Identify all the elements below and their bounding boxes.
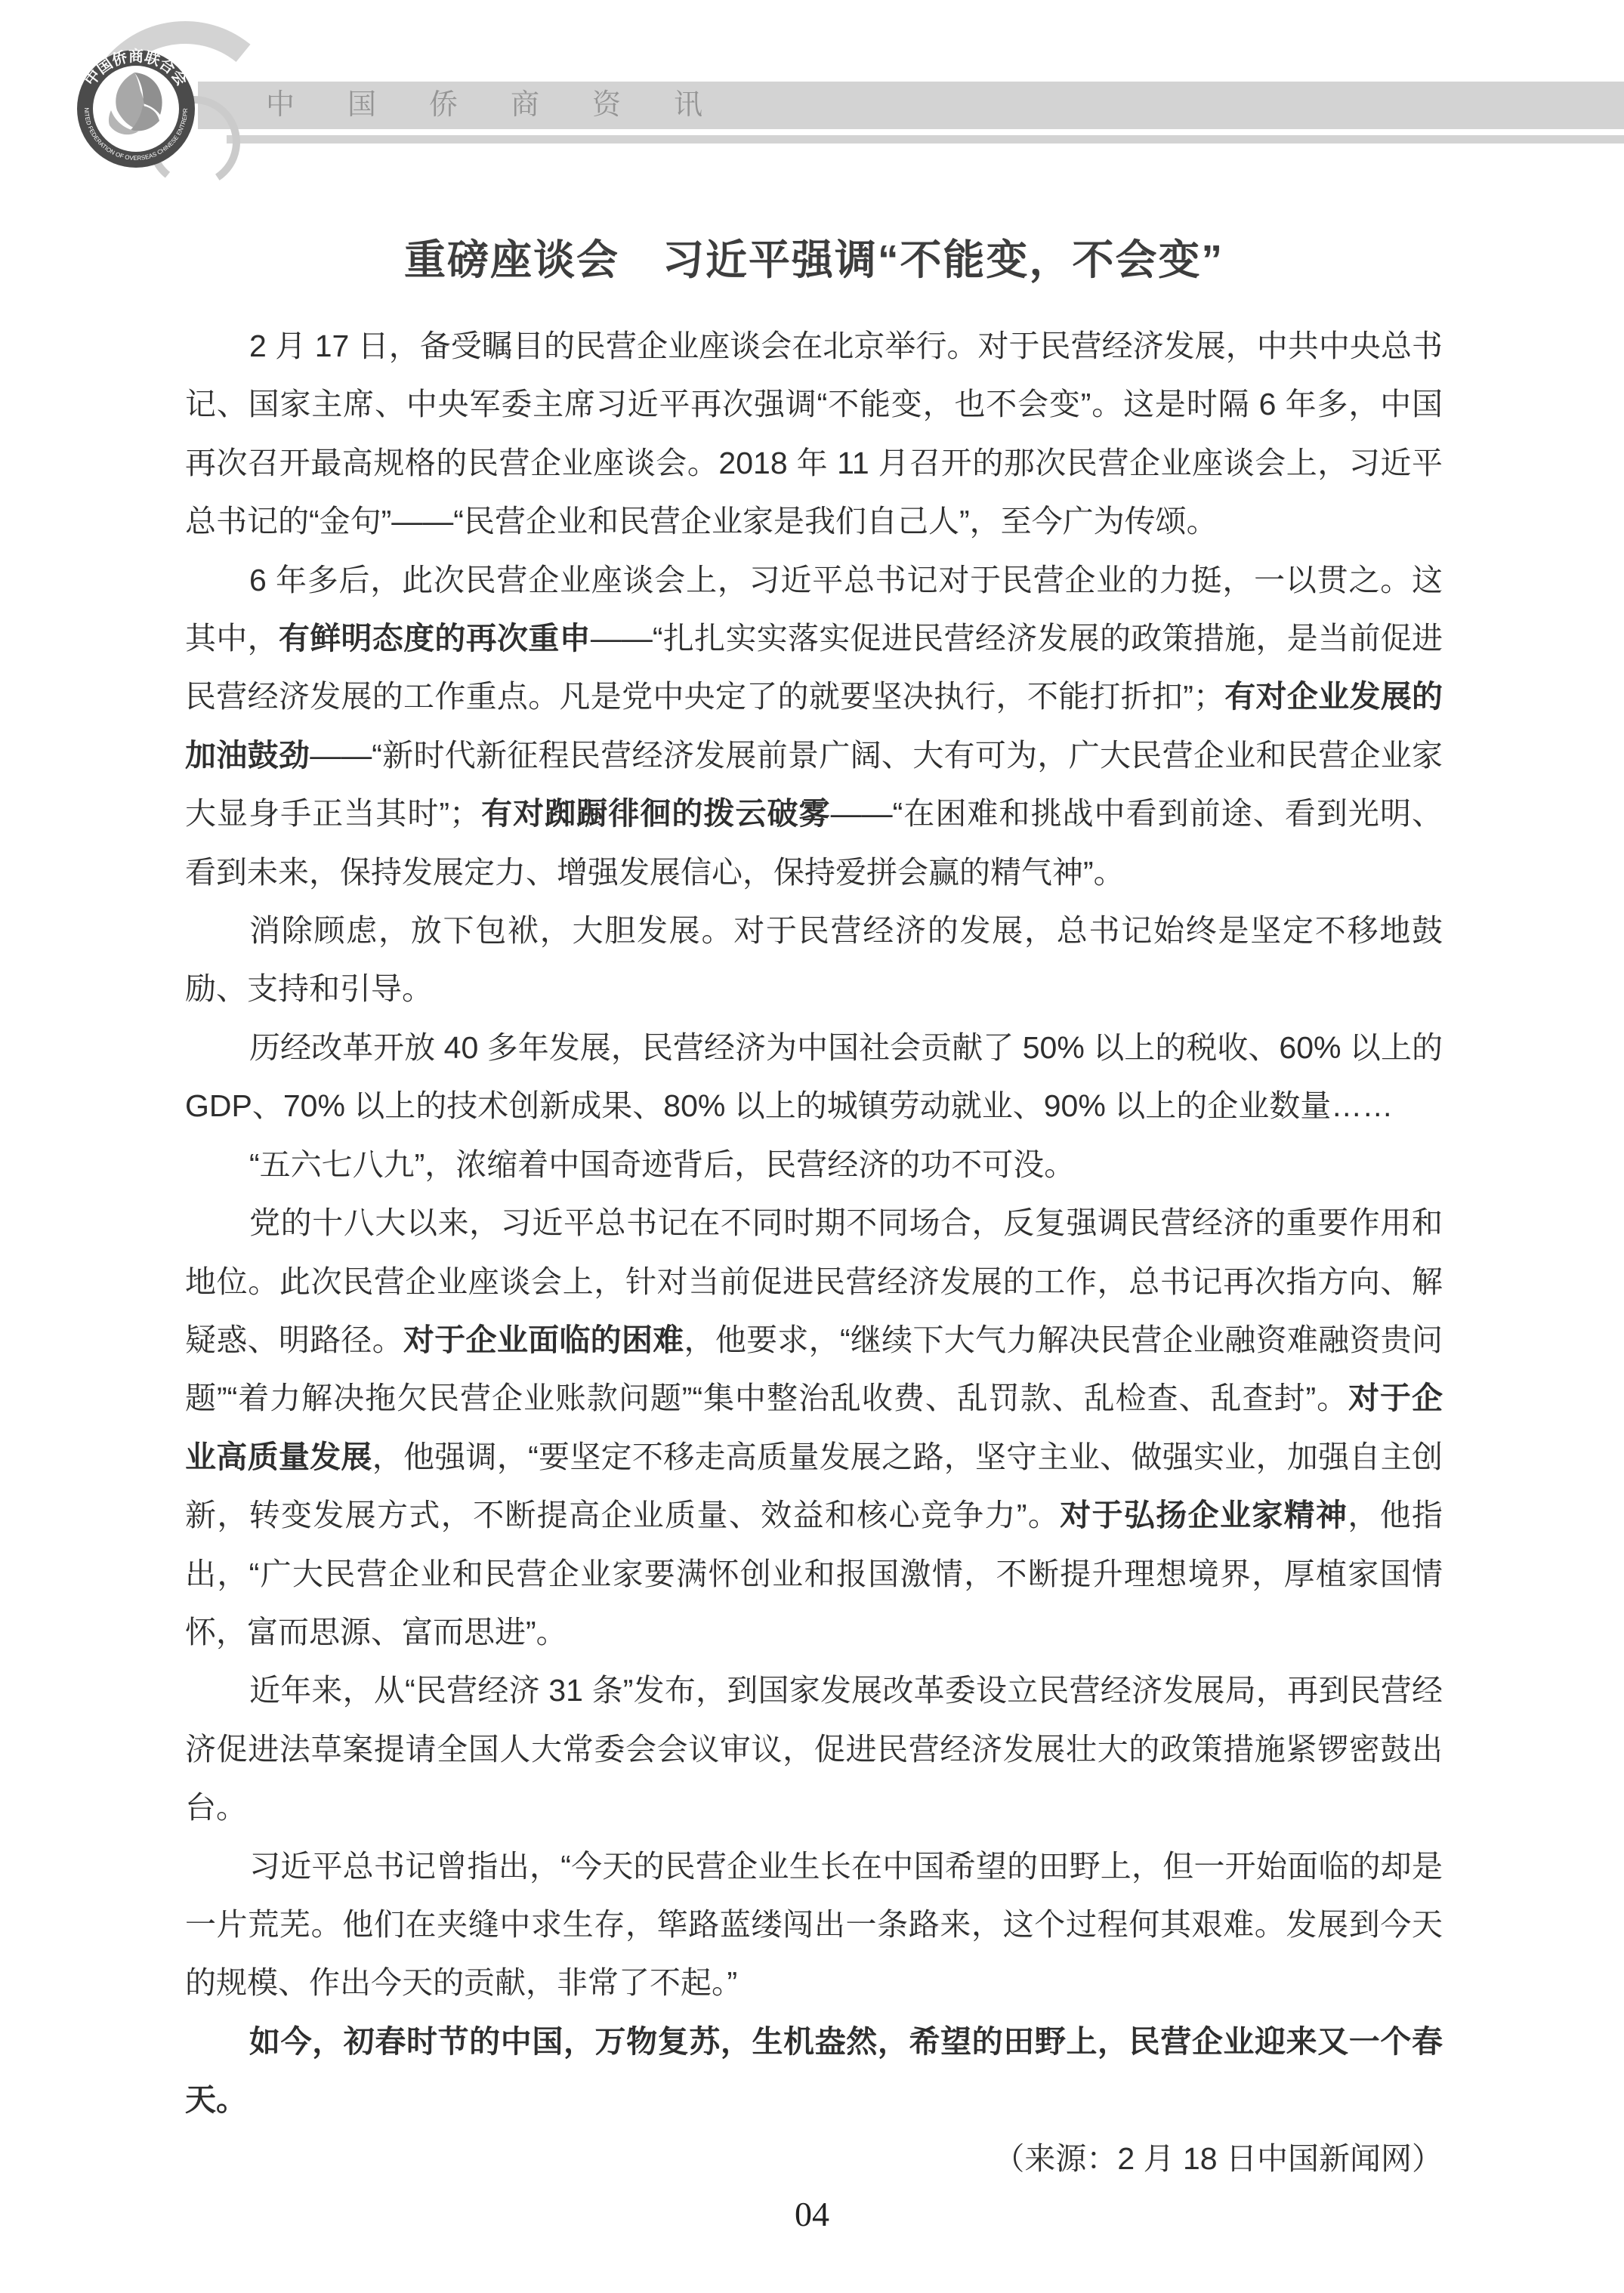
article-paragraph: 近年来，从“民营经济 31 条”发布，到国家发展改革委设立民营经济发展局，再到民… [185, 1662, 1443, 1837]
article-paragraph: 历经改革开放 40 多年发展，民营经济为中国社会贡献了 50% 以上的税收、60… [185, 1019, 1443, 1136]
article-paragraph: 6 年多后，此次民营企业座谈会上，习近平总书记对于民营企业的力挺，一以贯之。这其… [185, 551, 1443, 902]
paragraph-text-run: 近年来，从“民营经济 31 条”发布，到国家发展改革委设立民营经济发展局，再到民… [185, 1673, 1443, 1825]
masthead-title: 中国侨商资讯 [266, 82, 755, 129]
document-page: 中国侨商资讯 中国侨商联合会 [0, 0, 1624, 2293]
article-paragraph: 党的十八大以来，习近平总书记在不同时期不同场合，反复强调民营经济的重要作用和地位… [185, 1194, 1443, 1662]
paragraph-bold-run: 有鲜明态度的再次重申 [279, 621, 591, 656]
article-paragraph: 习近平总书记曾指出，“今天的民营企业生长在中国希望的田野上，但一开始面临的却是一… [185, 1838, 1443, 2013]
paragraph-text-run: “五六七八九”，浓缩着中国奇迹背后，民营经济的功不可没。 [249, 1147, 1075, 1182]
article-title: 重磅座谈会 习近平强调“不能变，不会变” [185, 227, 1443, 286]
paragraph-text-run: （来源：2 月 18 日中国新闻网） [993, 2141, 1443, 2176]
federation-emblem-icon: 中国侨商联合会 CHINA UNITED FEDERATION OF OVERS… [64, 0, 313, 204]
paragraph-bold-run: 有对踟蹰徘徊的拨云破雾 [480, 796, 831, 831]
article-paragraph: “五六七八九”，浓缩着中国奇迹背后，民营经济的功不可没。 [185, 1136, 1443, 1194]
paragraph-bold-run: 对于弘扬企业家精神 [1060, 1498, 1348, 1532]
article-body: 2 月 17 日，备受瞩目的民营企业座谈会在北京举行。对于民营经济发展，中共中央… [185, 317, 1443, 2188]
article-paragraph: 2 月 17 日，备受瞩目的民营企业座谈会在北京举行。对于民营经济发展，中共中央… [185, 317, 1443, 551]
paragraph-text-run: 消除顾虑，放下包袱，大胆发展。对于民营经济的发展，总书记始终是坚定不移地鼓励、支… [185, 913, 1443, 1006]
masthead-bar: 中国侨商资讯 [198, 82, 1624, 129]
paragraph-text-run: 习近平总书记曾指出，“今天的民营企业生长在中国希望的田野上，但一开始面临的却是一… [185, 1849, 1443, 2001]
article-paragraph: 如今，初春时节的中国，万物复苏，生机盎然，希望的田野上，民营企业迎来又一个春天。 [185, 2013, 1443, 2130]
paragraph-bold-run: 如今，初春时节的中国，万物复苏，生机盎然，希望的田野上，民营企业迎来又一个春天。 [185, 2024, 1443, 2117]
paragraph-bold-run: 对于企业面临的困难 [403, 1322, 684, 1357]
masthead-thin-bar [227, 135, 1624, 144]
paragraph-text-run: 历经改革开放 40 多年发展，民营经济为中国社会贡献了 50% 以上的税收、60… [185, 1030, 1443, 1123]
article-paragraph: 消除顾虑，放下包袱，大胆发展。对于民营经济的发展，总书记始终是坚定不移地鼓励、支… [185, 902, 1443, 1019]
federation-logo: 中国侨商联合会 CHINA UNITED FEDERATION OF OVERS… [64, 0, 313, 204]
paragraph-text-run: 2 月 17 日，备受瞩目的民营企业座谈会在北京举行。对于民营经济发展，中共中央… [185, 329, 1443, 539]
article-source-line: （来源：2 月 18 日中国新闻网） [185, 2130, 1443, 2188]
page-number: 04 [0, 2194, 1624, 2234]
